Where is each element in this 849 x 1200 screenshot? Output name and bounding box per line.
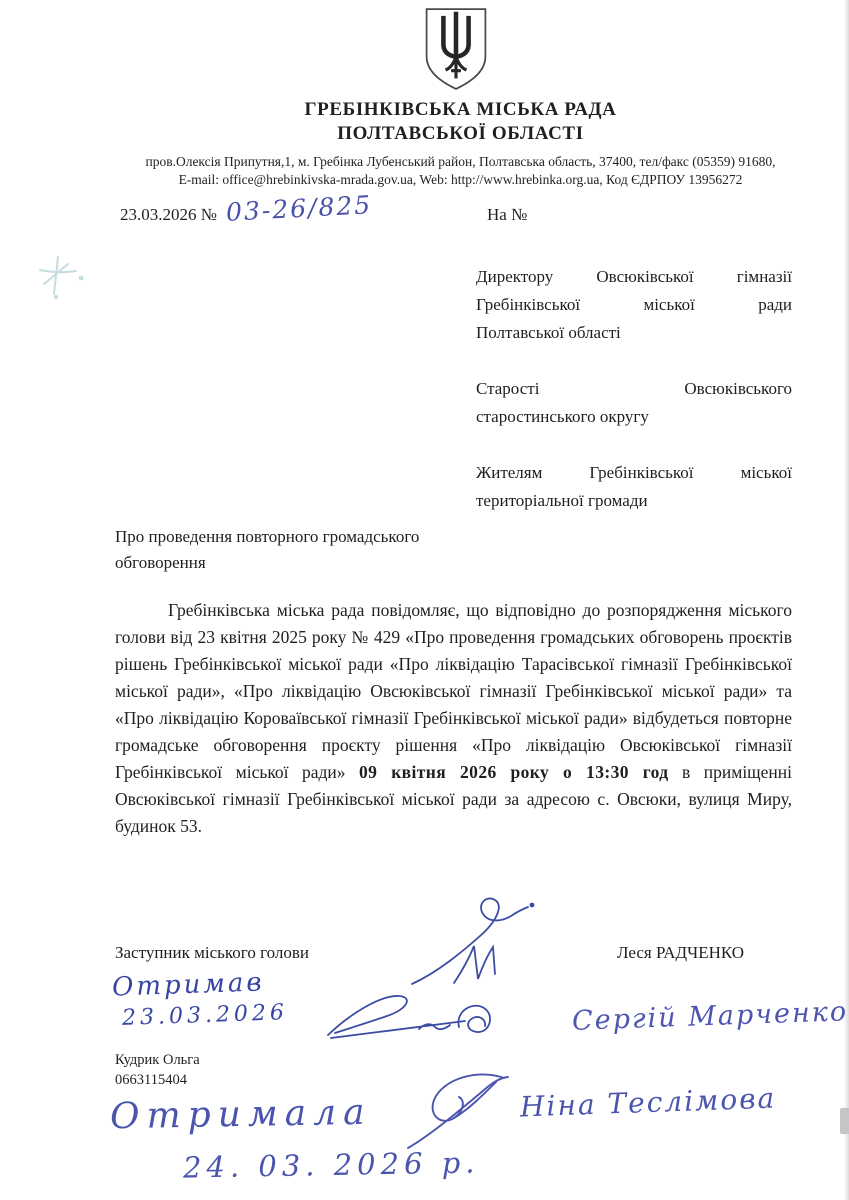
org-email-web-line: E-mail: office@hrebinkivska-mrada.gov.ua… <box>72 171 849 189</box>
body-text-before-bold: Гребінківська міська рада повідомляє, що… <box>115 600 792 782</box>
signer-name: Леся РАДЧЕНКО <box>617 943 744 963</box>
org-contacts: пров.Олексія Припутня,1, м. Гребінка Луб… <box>72 153 849 188</box>
recipient-line: старостинського округу <box>476 403 792 431</box>
recipient-line: ЖителямГребінківськоїміської <box>476 459 792 487</box>
reply-to-number-label: На № <box>487 205 527 225</box>
second-signature <box>323 983 508 1045</box>
recipient-line: Полтавської області <box>476 319 792 347</box>
body-text-bold-datetime: 09 квітня 2026 року о 13:30 год <box>359 762 669 782</box>
recipient-paragraph: СтаростіОвсюківськогостаростинського окр… <box>476 375 792 431</box>
org-name-line2: ПОЛТАВСЬКОЇ ОБЛАСТІ <box>72 122 849 146</box>
outgoing-date-number-label: 23.03.2026 № <box>120 205 217 225</box>
deputy-mayor-signature <box>404 886 544 991</box>
contact-person-phone: 0663115404 <box>115 1071 187 1090</box>
third-signature-flourish <box>398 1068 520 1154</box>
recipients-block: ДиректоруОвсюківськоїгімназіїГребінківсь… <box>476 263 792 543</box>
recipient-paragraph: ЖителямГребінківськоїміськоїтериторіальн… <box>476 459 792 515</box>
third-signer-name-handwritten: Ніна Теслімова <box>520 1082 777 1124</box>
scanned-letter-page: ГРЕБІНКІВСЬКА МІСЬКА РАДА ПОЛТАВСЬКОЇ ОБ… <box>0 0 849 1200</box>
signer-position-title: Заступник міського голови <box>115 943 309 963</box>
recipient-line: ДиректоруОвсюківськоїгімназії <box>476 263 792 291</box>
faint-pen-mark <box>26 252 92 300</box>
scan-edge-mark <box>840 1108 849 1134</box>
letterhead: ГРЕБІНКІВСЬКА МІСЬКА РАДА ПОЛТАВСЬКОЇ ОБ… <box>72 98 849 188</box>
contact-person-name: Кудрик Ольга <box>115 1051 200 1070</box>
second-signer-name-handwritten: Сергій Марченко <box>572 996 849 1037</box>
org-name-line1: ГРЕБІНКІВСЬКА МІСЬКА РАДА <box>72 98 849 122</box>
recipient-line: СтаростіОвсюківського <box>476 375 792 403</box>
body-paragraph: Гребінківська міська рада повідомляє, що… <box>115 597 792 840</box>
recipient-line: Гребінківськоїміськоїради <box>476 291 792 319</box>
received-date-2-handwritten: 24. 03. 2026 р. <box>183 1145 480 1184</box>
subject-line: Про проведення повторного громадського о… <box>115 524 555 576</box>
received-note-2-handwritten: Отримала <box>110 1092 372 1138</box>
tryzub-coat-of-arms-icon <box>421 6 491 92</box>
org-address-line: пров.Олексія Припутня,1, м. Гребінка Луб… <box>72 153 849 171</box>
recipient-paragraph: ДиректоруОвсюківськоїгімназіїГребінківсь… <box>476 263 792 347</box>
received-note-handwritten: Отримав <box>112 967 266 1002</box>
recipient-line: територіальної громади <box>476 487 792 515</box>
outgoing-number-handwritten: 03-26/825 <box>225 190 373 227</box>
received-date-handwritten: 23.03.2026 <box>122 1000 289 1031</box>
